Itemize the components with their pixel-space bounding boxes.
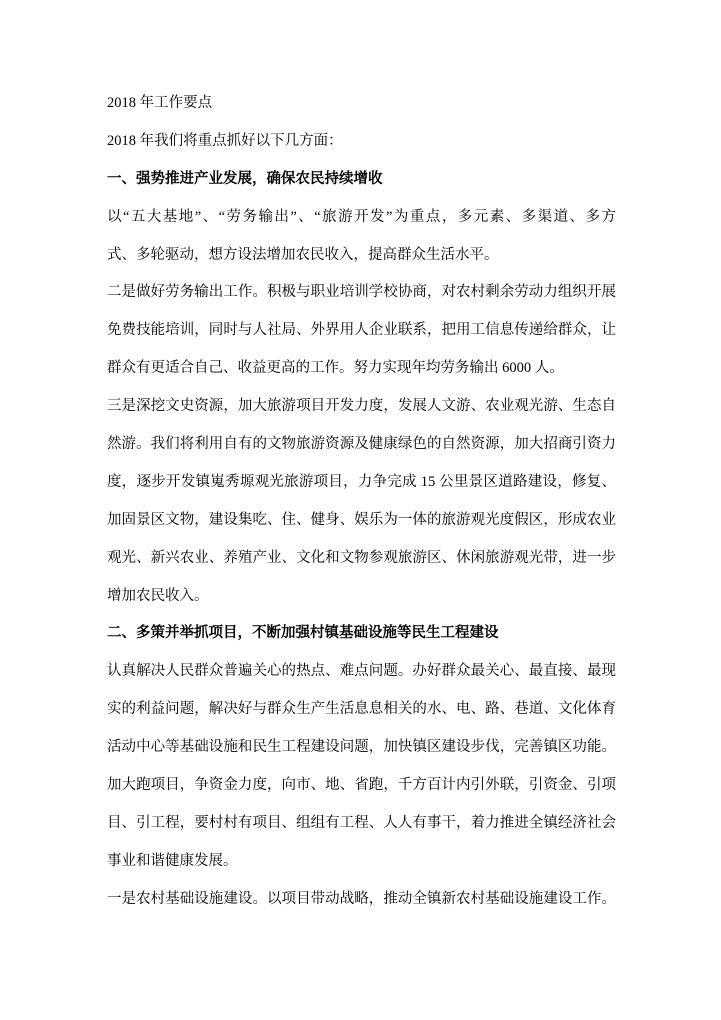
text-line: 三是深挖文史资源，加大旅游项目开发力度，发展人文游、农业观光游、生态自 bbox=[107, 388, 616, 426]
text-line: 实的利益问题，解决好与群众生产生活息息相关的水、电、路、巷道、文化体育 bbox=[107, 691, 616, 729]
text-line: 然游。我们将利用自有的文物旅游资源及健康绿色的自然资源，加大招商引资力 bbox=[107, 426, 616, 464]
section-1-heading: 一、强势推进产业发展，确保农民持续增收 bbox=[107, 161, 616, 199]
text-line: 二是做好劳务输出工作。积极与职业培训学校协商，对农村剩余劳动力组织开展 bbox=[107, 274, 616, 312]
text-line: 活动中心等基础设施和民生工程建设问题，加快镇区建设步伐，完善镇区功能。 bbox=[107, 729, 616, 767]
text-line: 式、多轮驱动，想方设法增加农民收入，提高群众生活水平。 bbox=[107, 237, 616, 275]
text-line: 目、引工程，要村村有项目、组组有工程、人人有事干，着力推进全镇经济社会 bbox=[107, 805, 616, 843]
text-line: 认真解决人民群众普遍关心的热点、难点问题。办好群众最关心、最直接、最现 bbox=[107, 653, 616, 691]
document-page: 2018 年工作要点 2018 年我们将重点抓好以下几方面： 一、强势推进产业发… bbox=[0, 0, 721, 1020]
section-2-heading: 二、多策并举抓项目，不断加强村镇基础设施等民生工程建设 bbox=[107, 615, 616, 653]
text-line: 增加农民收入。 bbox=[107, 578, 616, 616]
text-line: 事业和谐健康发展。 bbox=[107, 843, 616, 881]
text-line: 加大跑项目，争资金力度，向市、地、省跑，千方百计内引外联，引资金、引项 bbox=[107, 767, 616, 805]
text-line: 群众有更适合自己、收益更高的工作。努力实现年均劳务输出 6000 人。 bbox=[107, 350, 616, 388]
text-line: 一是农村基础设施建设。以项目带动战略，推动全镇新农村基础设施建设工作。 bbox=[107, 881, 616, 919]
doc-intro-line: 2018 年我们将重点抓好以下几方面： bbox=[107, 123, 616, 161]
text-line: 度，逐步开发镇嵬秀塬观光旅游项目，力争完成 15 公里景区道路建设，修复、 bbox=[107, 464, 616, 502]
document-body: 2018 年工作要点 2018 年我们将重点抓好以下几方面： 一、强势推进产业发… bbox=[107, 85, 616, 919]
text-line: 加固景区文物，建设集吃、住、健身、娱乐为一体的旅游观光度假区，形成农业 bbox=[107, 502, 616, 540]
text-line: 观光、新兴农业、养殖产业、文化和文物参观旅游区、休闲旅游观光带，进一步 bbox=[107, 540, 616, 578]
text-line: 以“五大基地”、“劳务输出”、“旅游开发”为重点，多元素、多渠道、多方 bbox=[107, 199, 616, 237]
doc-title: 2018 年工作要点 bbox=[107, 85, 616, 123]
text-line: 免费技能培训，同时与人社局、外界用人企业联系，把用工信息传递给群众，让 bbox=[107, 312, 616, 350]
